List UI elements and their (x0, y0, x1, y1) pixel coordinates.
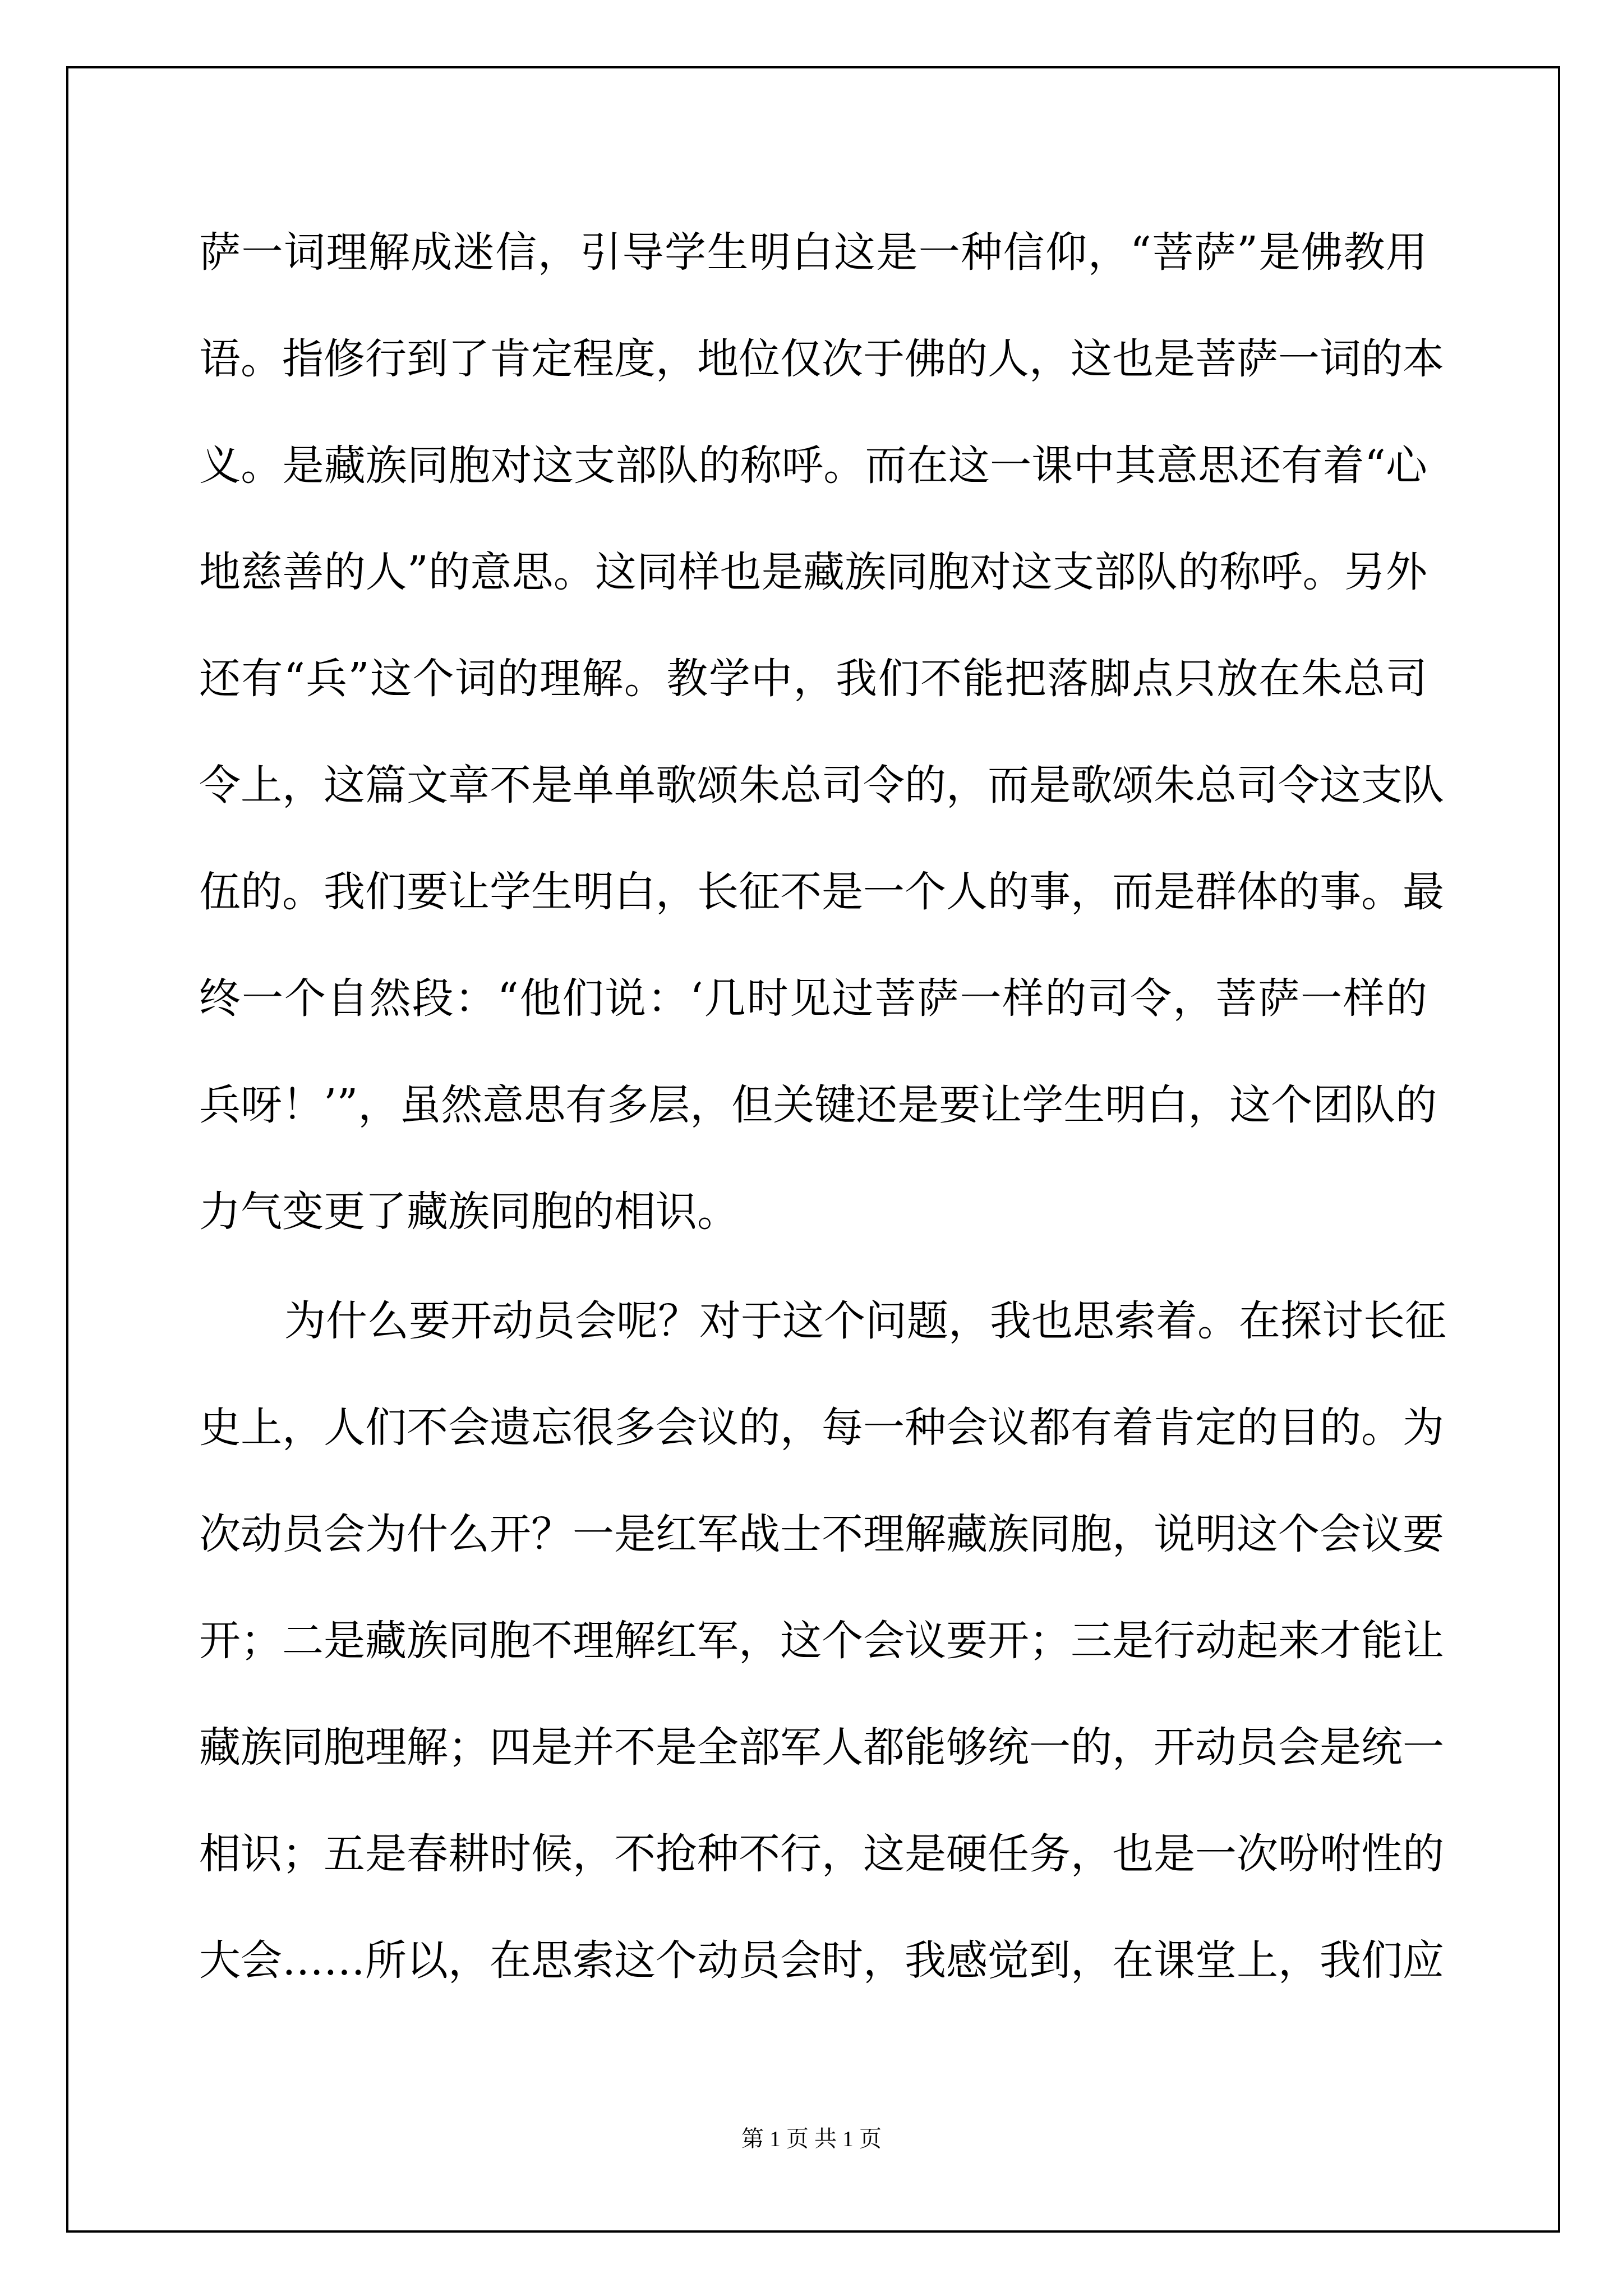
text-line: 藏族同胞理解；四是并不是全部军人都能够统一的，开动员会是统一 (199, 1719, 1427, 1775)
text-line: 终一个自然段：“他们说：‘几时见过菩萨一样的司令，菩萨一样的 (199, 970, 1427, 1027)
text-line: 相识；五是春耕时候，不抢种不行，这是硬任务，也是一次吩咐性的 (199, 1826, 1427, 1882)
text-line: 兵呀！’”，虽然意思有多层，但关键还是要让学生明白，这个团队的 (199, 1077, 1427, 1133)
text-line: 还有“兵”这个词的理解。教学中，我们不能把落脚点只放在朱总司 (199, 651, 1427, 707)
text-line: 史上，人们不会遗忘很多会议的，每一种会议都有着肯定的目的。为 (199, 1400, 1427, 1456)
text-line: 语。指修行到了肯定程度，地位仅次于佛的人，这也是菩萨一词的本 (199, 331, 1427, 387)
text-line: 为什么要开动员会呢？对于这个问题，我也思索着。在探讨长征 (199, 1293, 1427, 1349)
text-line: 大会……所以，在思索这个动员会时，我感觉到，在课堂上，我们应 (199, 1932, 1427, 1989)
text-line: 萨一词理解成迷信，引导学生明白这是一种信仰，“菩萨”是佛教用 (199, 224, 1427, 280)
text-line: 力气变更了藏族同胞的相识。 (199, 1184, 1427, 1240)
text-line: 地慈善的人”的意思。这同样也是藏族同胞对这支部队的称呼。另外 (199, 544, 1427, 600)
page-number-footer: 第 1 页 共 1 页 (0, 2125, 1623, 2153)
text-line: 伍的。我们要让学生明白，长征不是一个人的事，而是群体的事。最 (199, 864, 1427, 920)
text-line: 令上，这篇文章不是单单歌颂朱总司令的，而是歌颂朱总司令这支队 (199, 757, 1427, 813)
text-line: 次动员会为什么开？一是红军战士不理解藏族同胞，说明这个会议要 (199, 1506, 1427, 1562)
text-line: 义。是藏族同胞对这支部队的称呼。而在这一课中其意思还有着“心 (199, 438, 1427, 494)
text-line: 开；二是藏族同胞不理解红军，这个会议要开；三是行动起来才能让 (199, 1613, 1427, 1669)
page-border (66, 66, 1560, 2233)
